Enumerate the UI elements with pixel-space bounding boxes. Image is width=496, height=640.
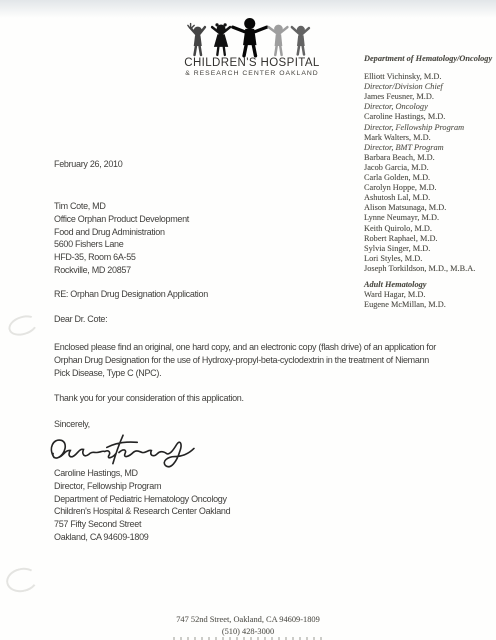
staff-title: Director, Fellowship Program (364, 123, 494, 133)
subject-re-line: RE: Orphan Drug Designation Application (54, 288, 208, 301)
staff-entry: Elliott Vichinsky, M.D. Director/Divisio… (364, 72, 494, 92)
staff-entry: Caroline Hastings, M.D. Director, Fellow… (364, 112, 494, 132)
footer-phone: (510) 428-3000 (0, 626, 496, 638)
staff-entry: James Feusner, M.D. Director, Oncology (364, 92, 494, 112)
children-paper-doll-logo-icon (187, 15, 317, 59)
closing-line: Sincerely, (54, 418, 90, 431)
adult-hematology-header: Adult Hematology (364, 280, 494, 290)
staff-name: Mark Walters, M.D. (364, 133, 494, 143)
body-paragraph: Enclosed please find an original, one ha… (54, 341, 436, 380)
scanned-letter-page: CHILDREN'S HOSPITAL & RESEARCH CENTER OA… (0, 0, 496, 640)
recipient-line: Office Orphan Product Development (54, 213, 189, 226)
recipient-line: 5600 Fishers Lane (54, 238, 189, 251)
staff-list: Elliott Vichinsky, M.D. Director/Divisio… (364, 72, 494, 274)
staff-name: Jacob Garcia, M.D. (364, 163, 494, 173)
recipient-line: HFD-35, Room 6A-55 (54, 251, 189, 264)
staff-name: Carla Golden, M.D. (364, 173, 494, 183)
department-staff-column: Department of Hematology/Oncology Elliot… (364, 54, 494, 310)
scan-smudge (6, 312, 40, 339)
staff-entry: Lynne Neumayr, M.D. (364, 213, 494, 223)
staff-name: Lynne Neumayr, M.D. (364, 213, 494, 223)
staff-entry: Mark Walters, M.D. Director, BMT Program (364, 133, 494, 153)
staff-entry: Barbara Beach, M.D. (364, 153, 494, 163)
staff-entry: Carla Golden, M.D. (364, 173, 494, 183)
staff-entry: Ashutosh Lal, M.D. (364, 193, 494, 203)
logo-hospital-name: CHILDREN'S HOSPITAL (152, 57, 352, 69)
scan-smudge (4, 565, 40, 595)
signature-block-line: Children's Hospital & Research Center Oa… (54, 505, 230, 518)
adult-hematology-list: Ward Hagar, M.D.Eugene McMillan, M.D. (364, 290, 494, 310)
staff-name: Ashutosh Lal, M.D. (364, 193, 494, 203)
body-line: Pick Disease, Type C (NPC). (54, 367, 436, 380)
staff-name: Keith Quirolo, M.D. (364, 224, 494, 234)
staff-name: Caroline Hastings, M.D. (364, 112, 494, 122)
staff-name: Sylvia Singer, M.D. (364, 244, 494, 254)
staff-entry: Jacob Garcia, M.D. (364, 163, 494, 173)
letter-date: February 26, 2010 (54, 158, 122, 171)
staff-name: Joseph Torkildson, M.D., M.B.A. (364, 264, 494, 274)
signature-block-line: 757 Fifty Second Street (54, 518, 230, 531)
signature-title-block: Caroline Hastings, MDDirector, Fellowshi… (54, 467, 230, 544)
salutation: Dear Dr. Cote: (54, 313, 107, 326)
footer-address: 747 52nd Street, Oakland, CA 94609-1809 (0, 614, 496, 626)
signature-block-line: Oakland, CA 94609-1809 (54, 531, 230, 544)
staff-name: James Feusner, M.D. (364, 92, 494, 102)
staff-name: Alison Matsunaga, M.D. (364, 203, 494, 213)
staff-entry: Sylvia Singer, M.D. (364, 244, 494, 254)
staff-name: Barbara Beach, M.D. (364, 153, 494, 163)
staff-title: Director, BMT Program (364, 143, 494, 153)
staff-entry: Carolyn Hoppe, M.D. (364, 183, 494, 193)
staff-title: Director, Oncology (364, 102, 494, 112)
staff-entry: Robert Raphael, M.D. (364, 234, 494, 244)
staff-name: Elliott Vichinsky, M.D. (364, 72, 494, 82)
recipient-line: Tim Cote, MD (54, 200, 189, 213)
staff-entry: Keith Quirolo, M.D. (364, 224, 494, 234)
signature-block-line: Caroline Hastings, MD (54, 467, 230, 480)
recipient-line: Rockville, MD 20857 (54, 264, 189, 277)
recipient-line: Food and Drug Administration (54, 226, 189, 239)
letter-footer: 747 52nd Street, Oakland, CA 94609-1809 … (0, 614, 496, 637)
signature-block-line: Department of Pediatric Hematology Oncol… (54, 493, 230, 506)
logo-hospital-subtitle: & RESEARCH CENTER OAKLAND (152, 70, 352, 77)
signature-block-line: Director, Fellowship Program (54, 480, 230, 493)
body-line: Orphan Drug Designation for the use of H… (54, 354, 436, 367)
recipient-address-block: Tim Cote, MDOffice Orphan Product Develo… (54, 200, 189, 277)
body-line: Enclosed please find an original, one ha… (54, 341, 436, 354)
staff-title: Director/Division Chief (364, 82, 494, 92)
staff-name: Carolyn Hoppe, M.D. (364, 183, 494, 193)
staff-name: Eugene McMillan, M.D. (364, 300, 494, 310)
staff-entry: Alison Matsunaga, M.D. (364, 203, 494, 213)
staff-name: Robert Raphael, M.D. (364, 234, 494, 244)
staff-name: Ward Hagar, M.D. (364, 290, 494, 300)
staff-entry: Lori Styles, M.D. (364, 254, 494, 264)
staff-entry: Joseph Torkildson, M.D., M.B.A. (364, 264, 494, 274)
staff-name: Lori Styles, M.D. (364, 254, 494, 264)
adult-hematology-section: Adult Hematology Ward Hagar, M.D.Eugene … (364, 280, 494, 310)
thanks-line: Thank you for your consideration of this… (54, 392, 244, 405)
department-header: Department of Hematology/Oncology (364, 54, 494, 64)
